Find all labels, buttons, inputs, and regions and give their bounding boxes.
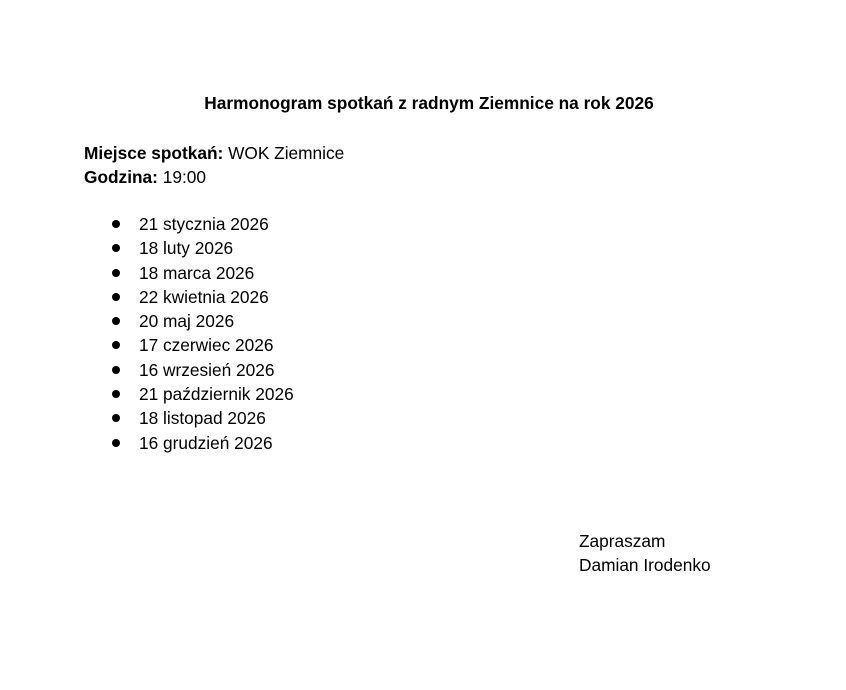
bullet-icon — [112, 366, 120, 374]
list-item: 17 czerwiec 2026 — [110, 333, 294, 357]
signature-block: Zapraszam Damian Irodenko — [579, 529, 711, 577]
bullet-icon — [112, 317, 120, 325]
document-title: Harmonogram spotkań z radnym Ziemnice na… — [0, 92, 846, 114]
meeting-place-label: Miejsce spotkań: — [84, 143, 223, 163]
meeting-date: 21 stycznia 2026 — [139, 214, 269, 234]
meeting-place-value: WOK Ziemnice — [228, 143, 344, 163]
meeting-date: 16 wrzesień 2026 — [139, 360, 274, 380]
list-item: 16 wrzesień 2026 — [110, 358, 294, 382]
meeting-date: 16 grudzień 2026 — [139, 433, 273, 453]
list-item: 18 listopad 2026 — [110, 406, 294, 430]
bullet-icon — [112, 439, 120, 447]
meeting-date: 20 maj 2026 — [139, 311, 234, 331]
invitation-text: Zapraszam — [579, 529, 711, 553]
meeting-place: Miejsce spotkań: WOK Ziemnice — [84, 141, 344, 165]
signature-name: Damian Irodenko — [579, 553, 711, 577]
meeting-date: 18 marca 2026 — [139, 263, 254, 283]
list-item: 21 październik 2026 — [110, 382, 294, 406]
meeting-date: 21 październik 2026 — [139, 384, 294, 404]
meeting-time-value: 19:00 — [163, 167, 206, 187]
bullet-icon — [112, 269, 120, 277]
bullet-icon — [112, 244, 120, 252]
meeting-date: 18 luty 2026 — [139, 238, 233, 258]
meeting-time-label: Godzina: — [84, 167, 158, 187]
list-item: 18 luty 2026 — [110, 236, 294, 260]
list-item: 20 maj 2026 — [110, 309, 294, 333]
meeting-dates-list: 21 stycznia 2026 18 luty 2026 18 marca 2… — [110, 212, 294, 455]
bullet-icon — [112, 293, 120, 301]
list-item: 21 stycznia 2026 — [110, 212, 294, 236]
meeting-date: 22 kwietnia 2026 — [139, 287, 269, 307]
meeting-time: Godzina: 19:00 — [84, 165, 344, 189]
list-item: 18 marca 2026 — [110, 261, 294, 285]
bullet-icon — [112, 220, 120, 228]
list-item: 16 grudzień 2026 — [110, 431, 294, 455]
meeting-details: Miejsce spotkań: WOK Ziemnice Godzina: 1… — [84, 141, 344, 189]
list-item: 22 kwietnia 2026 — [110, 285, 294, 309]
meeting-date: 17 czerwiec 2026 — [139, 335, 274, 355]
bullet-icon — [112, 414, 120, 422]
meeting-date: 18 listopad 2026 — [139, 408, 266, 428]
bullet-icon — [112, 341, 120, 349]
bullet-icon — [112, 390, 120, 398]
